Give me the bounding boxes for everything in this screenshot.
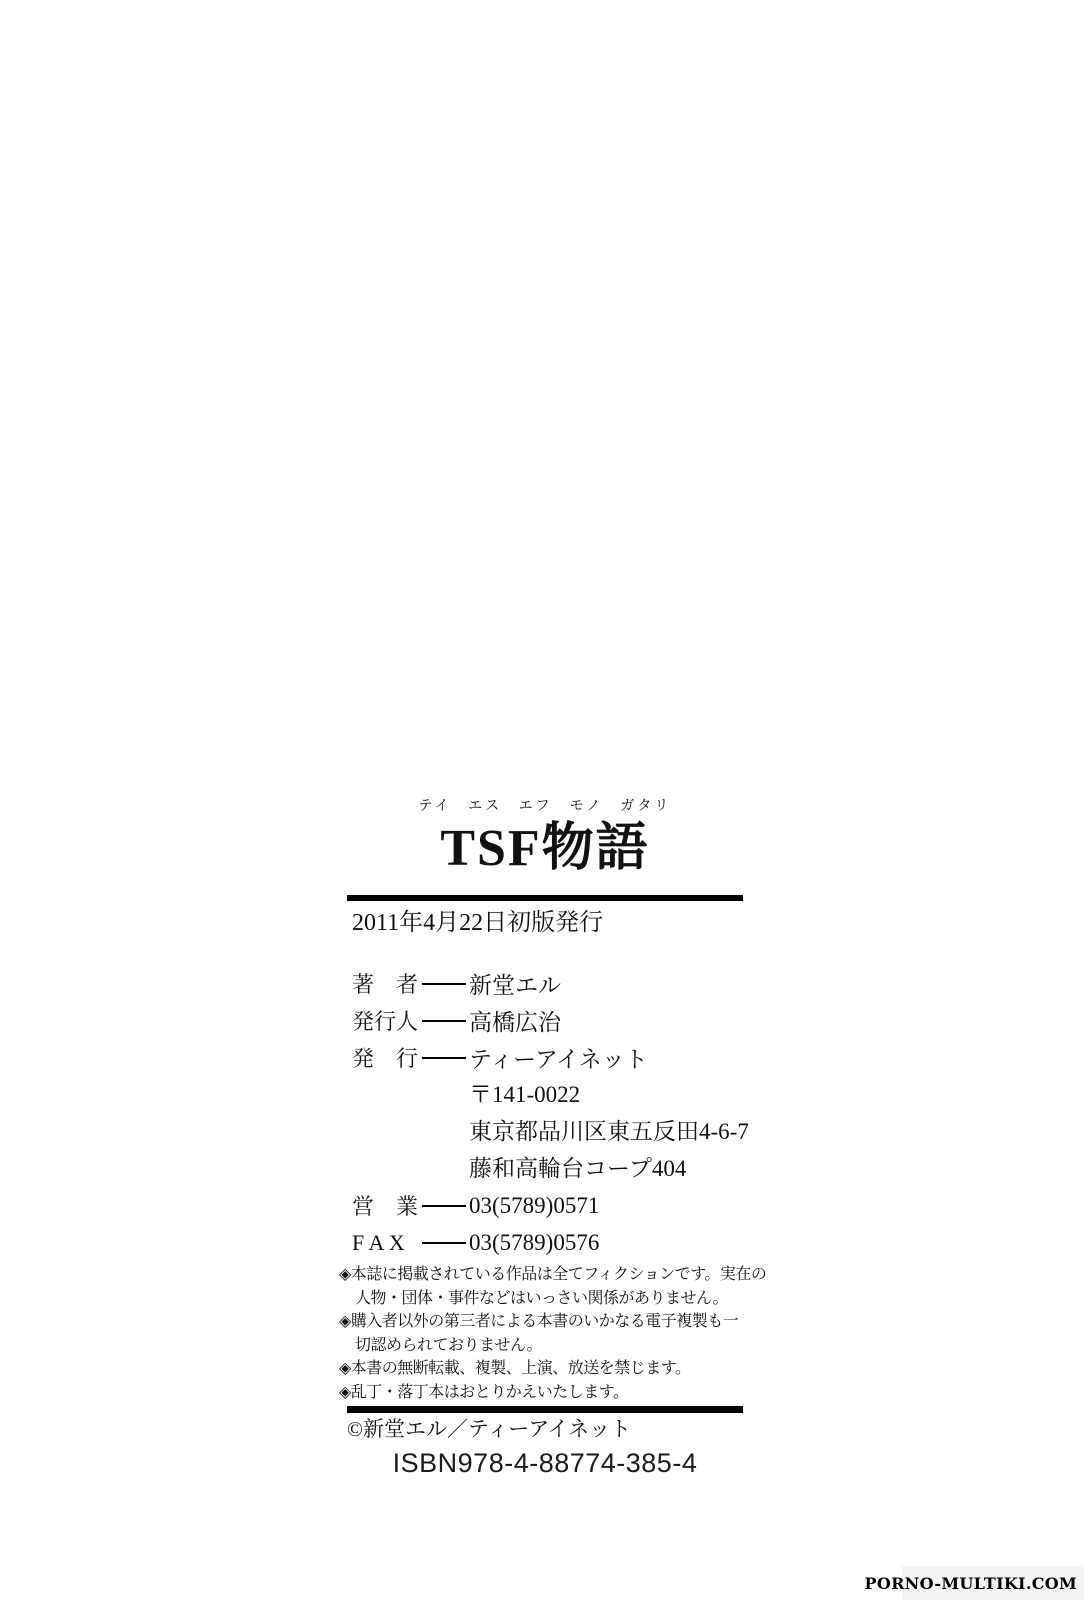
publication-rows: 著 者新堂エル発行人高橋広治発 行ティーアイネット〒141-0022東京都品川区… xyxy=(352,965,743,1261)
note-line: 人物・団体・事件などはいっさい関係がありません。 xyxy=(339,1287,743,1311)
credit-row: 発 行ティーアイネット xyxy=(352,1039,743,1076)
credit-label: 営 業 xyxy=(352,1190,420,1221)
note-line: ◈乱丁・落丁本はおとりかえいたします。 xyxy=(339,1381,743,1405)
credit-row: 発行人高橋広治 xyxy=(352,1002,743,1039)
credit-value: 高橋広治 xyxy=(469,1004,561,1037)
credit-label: 発行人 xyxy=(352,1005,420,1036)
dash-rule xyxy=(422,1205,466,1207)
book-title: TSF物語 xyxy=(347,817,743,881)
address-line: 東京都品川区東五反田4-6-7 xyxy=(352,1113,743,1150)
watermark-band: PORNO-MULTIKI.COM xyxy=(902,1566,1084,1600)
edition-date: 2011年4月22日初版発行 xyxy=(352,909,743,937)
dash-rule xyxy=(422,983,466,985)
credit-value: 03(5789)0576 xyxy=(469,1230,599,1256)
bottom-divider-rule xyxy=(347,1406,743,1413)
dash-rule xyxy=(422,1020,466,1022)
isbn-number: ISBN978-4-88774-385-4 xyxy=(347,1448,743,1479)
note-line: ◈購入者以外の第三者による本書のいかなる電子複製も一 xyxy=(339,1310,743,1334)
note-line: ◈本書の無断転載、複製、上演、放送を禁じます。 xyxy=(339,1357,743,1381)
copyright-line: ©新堂エル／ティーアイネット xyxy=(347,1416,743,1442)
credit-value: ティーアイネット xyxy=(469,1041,648,1074)
credit-value: 03(5789)0571 xyxy=(469,1193,599,1219)
note-line: 切認められておりません。 xyxy=(339,1334,743,1358)
address-line: 藤和高輪台コープ404 xyxy=(352,1150,743,1187)
watermark-text: PORNO-MULTIKI.COM xyxy=(865,1574,1078,1593)
title-block: テイ エス エフ モノ ガタリ TSF物語 xyxy=(347,798,743,881)
credit-label: 著 者 xyxy=(352,968,420,999)
credit-row: 営 業03(5789)0571 xyxy=(352,1187,743,1224)
title-divider-rule xyxy=(347,895,743,901)
colophon-block: テイ エス エフ モノ ガタリ TSF物語 2011年4月22日初版発行 著 者… xyxy=(347,798,743,1479)
dash-rule xyxy=(422,1242,466,1244)
dash-rule xyxy=(422,1057,466,1059)
address-line: 〒141-0022 xyxy=(352,1076,743,1113)
credit-value: 新堂エル xyxy=(469,967,561,1000)
note-line: ◈本誌に掲載されている作品は全てフィクションです。実在の xyxy=(339,1263,743,1287)
legal-notes: ◈本誌に掲載されている作品は全てフィクションです。実在の人物・団体・事件などはい… xyxy=(339,1263,743,1404)
credit-row: 著 者新堂エル xyxy=(352,965,743,1002)
title-furigana: テイ エス エフ モノ ガタリ xyxy=(347,798,743,815)
credit-label: F A X xyxy=(352,1230,420,1256)
credit-row: F A X03(5789)0576 xyxy=(352,1224,743,1261)
credit-label: 発 行 xyxy=(352,1042,420,1073)
